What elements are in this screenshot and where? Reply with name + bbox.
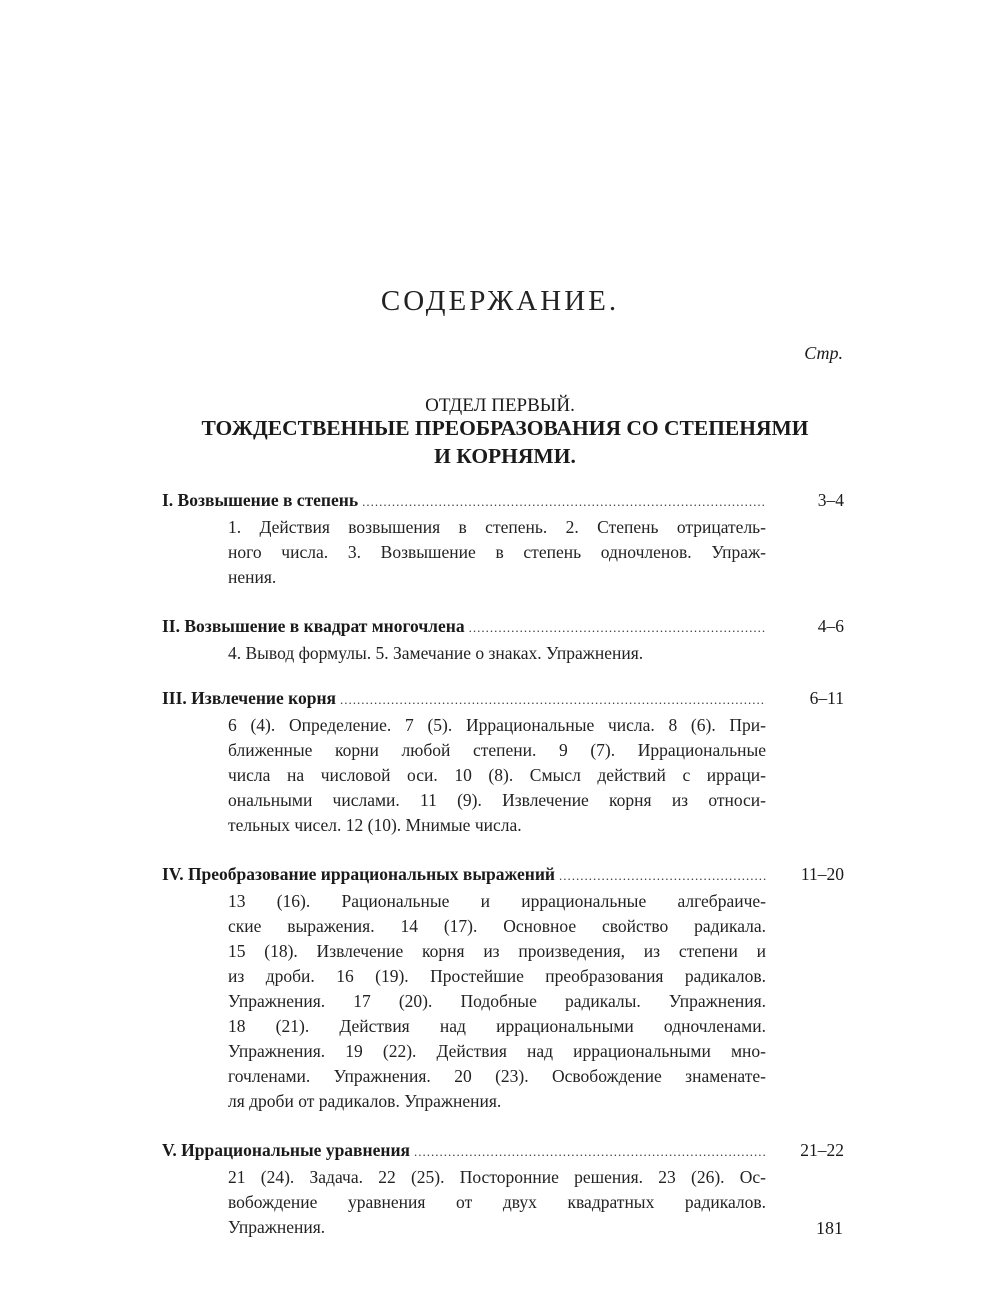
toc-entry-heading: I. Возвышение в степень.................… bbox=[162, 490, 844, 515]
toc-entry-title-wrap: V. Иррациональные уравнения.............… bbox=[162, 1140, 766, 1161]
description-line: 6 (4). Определение. 7 (5). Иррациональны… bbox=[228, 713, 766, 738]
toc-entry-description: 21 (24). Задача. 22 (25). Посторонние ре… bbox=[228, 1165, 766, 1240]
description-line: ля дроби от радикалов. Упражнения. bbox=[228, 1089, 766, 1114]
description-line: вобождение уравнения от двух квадратных … bbox=[228, 1190, 766, 1215]
description-line: из дроби. 16 (19). Простейшие преобразов… bbox=[228, 964, 766, 989]
dot-leader: ........................................… bbox=[559, 868, 766, 884]
description-line: ного числа. 3. Возвышение в степень одно… bbox=[228, 540, 766, 565]
description-line: Упражнения. bbox=[228, 1215, 766, 1240]
toc-entry-description: 1. Действия возвышения в степень. 2. Сте… bbox=[228, 515, 766, 590]
description-line: 18 (21). Действия над иррациональными од… bbox=[228, 1014, 766, 1039]
dot-leader: ........................................… bbox=[414, 1144, 766, 1160]
toc-entry-title: I. Возвышение в степень bbox=[162, 490, 362, 511]
description-line: ские выражения. 14 (17). Основное свойст… bbox=[228, 914, 766, 939]
description-line: ближенные корни любой степени. 9 (7). Ир… bbox=[228, 738, 766, 763]
part-title-line: ТОЖДЕСТВЕННЫЕ ПРЕОБРАЗОВАНИЯ СО СТЕПЕНЯМ… bbox=[180, 414, 830, 442]
description-line: Упражнения. 17 (20). Подобные радикалы. … bbox=[228, 989, 766, 1014]
description-line: 21 (24). Задача. 22 (25). Посторонние ре… bbox=[228, 1165, 766, 1190]
toc-entry-pages: 21–22 bbox=[766, 1140, 844, 1161]
toc-entry-title-wrap: II. Возвышение в квадрат многочлена.....… bbox=[162, 616, 766, 637]
toc-entry-title-wrap: IV. Преобразование иррациональных выраже… bbox=[162, 864, 766, 885]
page-number: 181 bbox=[816, 1218, 843, 1239]
description-line: ональными числами. 11 (9). Извлечение ко… bbox=[228, 788, 766, 813]
toc-entry: II. Возвышение в квадрат многочлена.....… bbox=[162, 616, 844, 666]
toc-entry-heading: IV. Преобразование иррациональных выраже… bbox=[162, 864, 844, 889]
description-line: нения. bbox=[228, 565, 766, 590]
table-of-contents: I. Возвышение в степень.................… bbox=[162, 490, 844, 1266]
toc-entry-title-wrap: III. Извлечение корня...................… bbox=[162, 688, 766, 709]
toc-entry-heading: II. Возвышение в квадрат многочлена.....… bbox=[162, 616, 844, 641]
description-line: тельных чисел. 12 (10). Мнимые числа. bbox=[228, 813, 766, 838]
description-line: 13 (16). Рациональные и иррациональные а… bbox=[228, 889, 766, 914]
toc-entry: I. Возвышение в степень.................… bbox=[162, 490, 844, 590]
toc-entry-pages: 3–4 bbox=[766, 490, 844, 511]
toc-entry-pages: 11–20 bbox=[766, 864, 844, 885]
toc-entry-pages: 4–6 bbox=[766, 616, 844, 637]
toc-entry-title-wrap: I. Возвышение в степень.................… bbox=[162, 490, 766, 511]
toc-entry-pages: 6–11 bbox=[766, 688, 844, 709]
book-page: СОДЕРЖАНИЕ. Стр. ОТДЕЛ ПЕРВЫЙ. ТОЖДЕСТВЕ… bbox=[0, 0, 1000, 1300]
toc-entry-title: V. Иррациональные уравнения bbox=[162, 1140, 414, 1161]
toc-entry-heading: III. Извлечение корня...................… bbox=[162, 688, 844, 713]
toc-entry: V. Иррациональные уравнения.............… bbox=[162, 1140, 844, 1240]
dot-leader: ........................................… bbox=[362, 494, 766, 510]
description-line: числа на числовой оси. 10 (8). Смысл дей… bbox=[228, 763, 766, 788]
description-line: 4. Вывод формулы. 5. Замечание о знаках.… bbox=[228, 641, 766, 666]
dot-leader: ........................................… bbox=[469, 620, 766, 636]
description-line: 15 (18). Извлечение корня из произведени… bbox=[228, 939, 766, 964]
toc-entry-description: 6 (4). Определение. 7 (5). Иррациональны… bbox=[228, 713, 766, 838]
part-title: ТОЖДЕСТВЕННЫЕ ПРЕОБРАЗОВАНИЯ СО СТЕПЕНЯМ… bbox=[180, 414, 830, 470]
toc-entry-title: IV. Преобразование иррациональных выраже… bbox=[162, 864, 559, 885]
toc-entry-description: 4. Вывод формулы. 5. Замечание о знаках.… bbox=[228, 641, 766, 666]
toc-entry: IV. Преобразование иррациональных выраже… bbox=[162, 864, 844, 1114]
toc-entry: III. Извлечение корня...................… bbox=[162, 688, 844, 838]
dot-leader: ........................................… bbox=[340, 692, 766, 708]
part-title-line: И КОРНЯМИ. bbox=[180, 442, 830, 470]
toc-entry-description: 13 (16). Рациональные и иррациональные а… bbox=[228, 889, 766, 1114]
description-line: 1. Действия возвышения в степень. 2. Сте… bbox=[228, 515, 766, 540]
page-column-label: Стр. bbox=[804, 343, 843, 364]
toc-entry-title: II. Возвышение в квадрат многочлена bbox=[162, 616, 469, 637]
description-line: гочленами. Упражнения. 20 (23). Освобожд… bbox=[228, 1064, 766, 1089]
toc-entry-heading: V. Иррациональные уравнения.............… bbox=[162, 1140, 844, 1165]
toc-entry-title: III. Извлечение корня bbox=[162, 688, 340, 709]
description-line: Упражнения. 19 (22). Действия над ирраци… bbox=[228, 1039, 766, 1064]
page-title: СОДЕРЖАНИЕ. bbox=[0, 285, 1000, 318]
